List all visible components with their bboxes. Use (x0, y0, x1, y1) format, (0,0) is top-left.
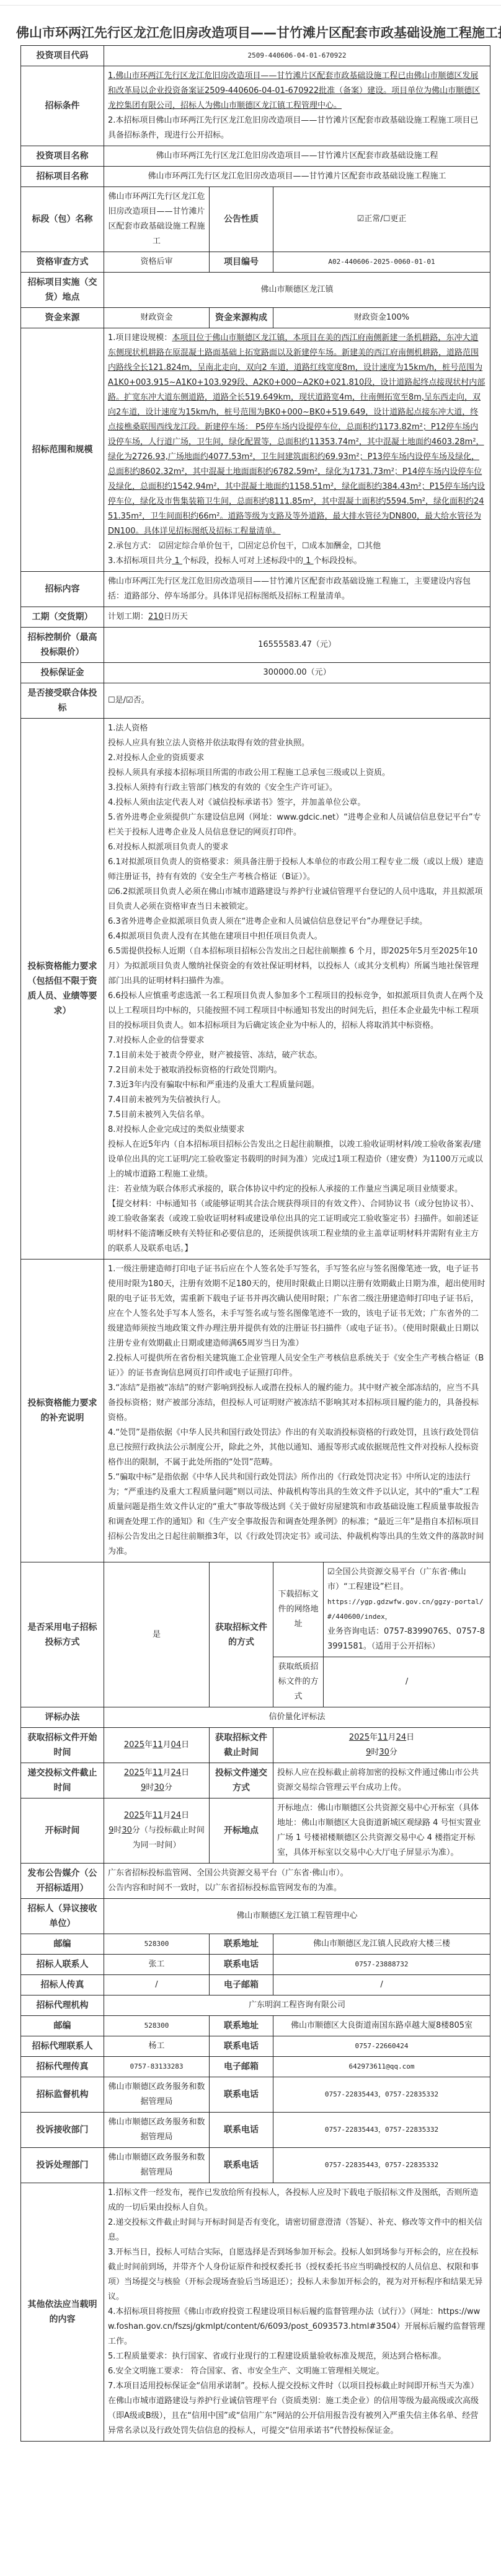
label: 投诉接收部门 (21, 2113, 104, 2148)
list-item: 1.法人资格 (108, 721, 486, 736)
value: 信价量化评标法 (104, 1707, 490, 1728)
section-bid-count: 1 (303, 556, 314, 566)
list-item: 6.安全文明施工要求： 符合国家、省、市安全生产、文明施工管理相关规定。 (108, 2364, 486, 2379)
day: 24 (171, 1811, 182, 1820)
label: 获取招标文件开始时间 (21, 1728, 104, 1763)
unit: 月 (163, 1811, 171, 1820)
section-count: 1 (172, 556, 182, 566)
value: 佛山市顺德区政务服务和数据管理局 (104, 2113, 210, 2148)
list-item: 6.4拟派项目负责人没有在其他在建项目中担任项目负责人。 (108, 929, 486, 944)
label: 获取招标文件截止时间 (210, 1728, 273, 1763)
row-conditions: 招标条件 1.佛山市环两江先行区龙江危旧房改造项目——甘竹滩片区配套市政基础设施… (21, 66, 490, 146)
unit: 年 (144, 1740, 153, 1750)
row-tenderer: 招标人（异议接收单位） 佛山市顺德区龙江镇工程管理中心 (21, 1899, 490, 1934)
label: 开标地点 (210, 1798, 273, 1864)
value: 佛山市顺德区大良街道南国东路卓越大厦8楼805室 (273, 2016, 490, 2036)
day: 24 (396, 1733, 407, 1742)
label: 项目编号 (210, 252, 273, 273)
list-item: 6.对投标人拟派项目负责人的要求 (108, 840, 486, 855)
label: 招标人（异议接收单位） (21, 1899, 104, 1934)
row-agency: 招标代理机构 广东明润工程咨询有限公司 (21, 1996, 490, 2016)
row-content: 招标内容 佛山市环两江先行区龙江危旧房改造项目——甘竹滩片区配套市政基础设施工程… (21, 572, 490, 607)
list-item: 7.2目前未处于被取消投标资格的行政处罚期内。 (108, 1063, 486, 1078)
consult-phone: 业务咨询电话：0757-83990765、0757-83991581。（适用于公… (327, 1624, 486, 1654)
download-link[interactable]: https://ygp.gdzwfw.gov.cn/ggzy-portal/#/… (327, 1595, 486, 1624)
email-link[interactable]: 642973611@qq.com (273, 2057, 490, 2077)
list-item: 4.本招标项目将按照《佛山市政府投资工程建设项目标后履约监督管理办法（试行）》（… (108, 2305, 486, 2349)
label: 邮编 (21, 2016, 104, 2036)
platform-checkbox: ☑全国公共资源交易平台（广东省·佛山市）“工程建设”栏目。 (327, 1565, 486, 1595)
value: / (104, 1975, 210, 1996)
value: 2509-440606-04-01-670922 (104, 46, 490, 66)
list-item: 1.招标文件一经发布，视作已发放给所有投标人，各投标人应及时下载电子版招标文件及… (108, 2186, 486, 2215)
row-qualification: 资格审查方式 资格后审 项目编号 A02-440606-2025-0060-01… (21, 252, 490, 273)
label: 投标资格能力要求（包括但不限于资质人员、业绩等要求） (21, 719, 104, 1260)
list-item: 7.本项目适用投标保证金“信用承诺制”。投标人提交投标文件时（以项目投标截止时间… (108, 2379, 486, 2438)
unit: 日 (406, 1733, 414, 1742)
label: 联系电话 (210, 1955, 273, 1975)
value: 0757-22835443，0757-22835332 (273, 2113, 490, 2148)
value: 佛山市顺德区政务服务和数据管理局 (104, 2148, 210, 2183)
unit: 分 (389, 1748, 397, 1757)
scale-prefix: 1.项目建设规模： (108, 333, 172, 343)
label: 标段（包）名称 (21, 187, 104, 252)
month: 11 (153, 1740, 163, 1750)
row-tenderer-zip: 邮编 528300 联系地址 佛山市顺德区龙江镇人民政府大楼三楼 (21, 1934, 490, 1955)
month: 11 (153, 1768, 163, 1777)
notice-nature-checkbox: ☑正常/☐更正 (273, 187, 490, 252)
label: 联系电话 (210, 2077, 273, 2113)
value: 佛山市环两江先行区龙江危旧房改造项目——甘竹滩片区配套市政基础设施工程施工 (104, 187, 210, 252)
list-item: 3.“冻结”是指被“冻结”的财产影响到投标人或潜在投标人的履约能力。其中财产被全… (108, 1381, 486, 1426)
label: 招标范围和规模 (21, 328, 104, 572)
row-supplement: 投标资格能力要求的补充说明 1.一级注册建造师打印电子证书后应在个人签名处手写签… (21, 1260, 490, 1562)
deposit-amount: 300000.00（元） (104, 663, 490, 683)
unit: 日 (181, 1768, 189, 1777)
row-opening: 开标时间 2025年11月24日9时30分（与投标截止时间为同一时间） 开标地点… (21, 1798, 490, 1864)
label: 招标代理联系人 (21, 2036, 104, 2057)
unit: 时 (146, 1783, 154, 1792)
label: 是否接受联合体投标 (21, 683, 104, 719)
unit: 年 (144, 1768, 153, 1777)
label: 是否采用电子招标投标方式 (21, 1562, 104, 1707)
value: 佛山市环两江先行区龙江危旧房改造项目——甘竹滩片区配套市政基础设施工程施工 (104, 167, 490, 187)
label: 公告性质 (210, 187, 273, 252)
label: 招标人联系人 (21, 1955, 104, 1975)
text: 日历天 (164, 612, 188, 621)
label: 联系地址 (210, 2016, 273, 2036)
row-complaint-process: 投诉处理部门 佛山市顺德区政务服务和数据管理局 联系电话 0757-228354… (21, 2148, 490, 2183)
row-other: 其他依法应当载明的内容 1.招标文件一经发布，视作已发放给所有投标人，各投标人应… (21, 2183, 490, 2442)
year: 2025 (124, 1740, 144, 1750)
control-price: 16555583.47（元） (104, 628, 490, 663)
unit: 时 (371, 1748, 379, 1757)
value: 528300 (104, 2016, 210, 2036)
row-evaluation: 评标办法 信价量化评标法 (21, 1707, 490, 1728)
label: 投资项目代码 (21, 46, 104, 66)
note: （与投标截止时间为同一时间） (132, 1826, 204, 1850)
project-code: A02-440606-2025-0060-01-01 (273, 252, 490, 273)
list-item: 5.省外进粤企业须提供广东建设信息网（网址：www.gdcic.net）“进粤企… (108, 810, 486, 840)
label: 招标条件 (21, 66, 104, 146)
label: 电子邮箱 (210, 2057, 273, 2077)
row-duration: 工期（交货期） 计划工期：210日历天 (21, 607, 490, 628)
supplement-list: 1.一级注册建造师打印电子证书后应在个人签名处手写签名，手写签名应与签名图像笔迹… (104, 1260, 490, 1562)
label: 招标代理传真 (21, 2057, 104, 2077)
row-investment-name: 投资项目名称 佛山市环两江先行区龙江危旧房改造项目——甘竹滩片区配套市政基础设施… (21, 146, 490, 167)
value: 财政资金100% (273, 308, 490, 328)
text: 广东省招标投标监管网、全国公共资源交易平台（广东省·佛山市）。 (108, 1866, 486, 1881)
unit: 月 (163, 1768, 171, 1777)
list-item: 4.“处罚”是指依据《中华人民共和国行政处罚法》作出的有关取消投标资格的行政处罚… (108, 1426, 486, 1470)
row-doc-period: 获取招标文件开始时间 2025年11月04日 获取招标文件截止时间 2025年1… (21, 1728, 490, 1763)
label: 下载招标文件的网络地址 (273, 1562, 324, 1657)
unit: 月 (163, 1740, 171, 1750)
list-item: 3.投标人须持有行政主管部门核发的有效的《安全生产许可证》。 (108, 781, 486, 795)
label: 评标办法 (21, 1707, 104, 1728)
row-location: 招标项目实施（交货）地点 佛山市顺德区龙江镇 (21, 273, 490, 308)
list-item: 2.投标人可提供所在省份相关建筑施工企业管理人员安全生产考核信息系统关于《安全生… (108, 1351, 486, 1381)
list-item: 6.5需提供投标人近期（自本招标项目招标公告发出之日起往前顺推 6 个月，即20… (108, 944, 486, 989)
label: 其他依法应当载明的内容 (21, 2183, 104, 2442)
value: / (324, 1657, 490, 1707)
year: 2025 (124, 1811, 144, 1820)
row-submit: 递交投标文件截止时间 2025年11月24日9时30分 投标文件递交方式 投标人… (21, 1763, 490, 1798)
requirements-list: 1.法人资格投标人应具有独立法人资格并依法取得有效的营业执照。2.对投标人企业的… (104, 719, 490, 1260)
label: 联系电话 (210, 2036, 273, 2057)
value: 资格后审 (104, 252, 210, 273)
list-item: 5.工程质量要求：执行国家、省或行业现行的工程建设质量验收标准及规范，须达到合格… (108, 2349, 486, 2364)
value: 0757-23888732 (273, 1955, 490, 1975)
text: 公告内容和时间不一致时，以广东省招标投标监管网发布的为准。 (108, 1881, 486, 1896)
list-item: 投标人在近5年内（自本招标项目招标公告发出之日起往前顺推，以竣工验收证明材料/竣… (108, 1137, 486, 1182)
minute: 30 (379, 1748, 389, 1757)
unit: 月 (388, 1733, 396, 1742)
bottom-spacer (0, 2442, 501, 2460)
row-media: 发布公告媒介（公开招标适用） 广东省招标投标监管网、全国公共资源交易平台（广东省… (21, 1864, 490, 1899)
label: 资金来源构成 (210, 308, 273, 328)
row-tenderer-fax: 招标人传真 / 电子邮箱 / (21, 1975, 490, 1996)
list-item: 8.对投标人企业完成过的类似业绩要求 (108, 1123, 486, 1137)
row-scope: 招标范围和规模 1.项目建设规模：本项目位于佛山市顺德区龙江镇，本项目在美的西江… (21, 328, 490, 572)
label: 投标文件递交方式 (210, 1763, 273, 1798)
list-item: 7.3近3年内没有骗取中标和严重违约及重大工程质量问题。 (108, 1078, 486, 1093)
unit: 分 (164, 1783, 172, 1792)
text: 个标段投标。 (314, 556, 362, 566)
list-item: 6.3省外进粤企业拟派项目负责人须在“进粤企业和人员诚信信息登记平台”办理登记手… (108, 914, 486, 929)
unit: 日 (181, 1740, 189, 1750)
label: 工期（交货期） (21, 607, 104, 628)
row-control-price: 招标控制价（最高投标限价） 16555583.47（元） (21, 628, 490, 663)
value: 投标人应在投标截止前将加密的投标文件通过佛山市公共资源交易综合管理云平台成功上传… (273, 1763, 490, 1798)
notice-table: 投资项目代码 2509-440606-04-01-670922 招标条件 1.佛… (20, 45, 490, 2442)
day: 04 (171, 1740, 182, 1750)
row-deposit: 投标保证金 300000.00（元） (21, 663, 490, 683)
row-tender-name: 招标项目名称 佛山市环两江先行区龙江危旧房改造项目——甘竹滩片区配套市政基础设施… (21, 167, 490, 187)
value: 佛山市顺德区龙江镇工程管理中心 (104, 1899, 490, 1934)
list-item: 6.1对拟派项目负责人的资格要求：须具备注册于投标人本单位的市政公用工程专业二级… (108, 855, 486, 885)
list-item: 4.投标人须由法定代表人对《诚信投标承诺书》签字，并加盖单位公章。 (108, 795, 486, 810)
value: 开标地点：佛山市顺德区公共资源交易中心开标室（具体地址：佛山市顺德区大良街道新城… (273, 1798, 490, 1864)
row-consortium: 是否接受联合体投标 ☐是/☑否。 (21, 683, 490, 719)
value: 佛山市顺德区龙江镇 (104, 273, 490, 308)
list-item: 2.递交投标文件截止时间与开标时间是否有变化，请密切留意澄清（答疑）、补充、修改… (108, 2215, 486, 2245)
label: 招标项目实施（交货）地点 (21, 273, 104, 308)
row-section: 标段（包）名称 佛山市环两江先行区龙江危旧房改造项目——甘竹滩片区配套市政基础设… (21, 187, 490, 252)
row-agency-contact: 招标代理联系人 杨工 联系电话 0757-22660424 (21, 2036, 490, 2057)
value: 0757-83133283 (104, 2057, 210, 2077)
row-investment-code: 投资项目代码 2509-440606-04-01-670922 (21, 46, 490, 66)
label: 招标人传真 (21, 1975, 104, 1996)
list-item: 7.1目前未处于被责令停业，财产被接管、冻结，破产状态。 (108, 1048, 486, 1063)
value: 张工 (104, 1955, 210, 1975)
year: 2025 (124, 1768, 144, 1777)
label: 资格审查方式 (21, 252, 104, 273)
list-item: 投标人应具有独立法人资格并依法取得有效的营业执照。 (108, 736, 486, 751)
contract-mode: 2.承包方式： ☑固定综合单价包干，☐固定总价包干，☐成本加酬金，☐其他 (108, 539, 486, 554)
condition-1: 1.佛山市环两江先行区龙江危旧房改造项目——甘竹滩片区配套市政基础设施工程已由佛… (108, 69, 486, 113)
label: 联系电话 (210, 2148, 273, 2183)
value: 0757-22835443，0757-22835332 (273, 2077, 490, 2113)
label: 开标时间 (21, 1798, 104, 1864)
value: 杨工 (104, 2036, 210, 2057)
label: 投诉处理部门 (21, 2148, 104, 2183)
label: 投资项目名称 (21, 146, 104, 167)
label: 招标控制价（最高投标限价） (21, 628, 104, 663)
text: 3.本招标项目共分 (108, 556, 172, 566)
other-list: 1.招标文件一经发布，视作已发放给所有投标人，各投标人应及时下载电子版招标文件及… (104, 2183, 490, 2442)
minute: 30 (154, 1783, 164, 1792)
label: 投标资格能力要求的补充说明 (21, 1260, 104, 1562)
label: 资金来源 (21, 308, 104, 328)
label: 招标监督机构 (21, 2077, 104, 2113)
label: 获取纸质招标文件的方式 (273, 1657, 324, 1707)
value: 佛山市顺德区政务服务和数据管理局 (104, 2077, 210, 2113)
label: 邮编 (21, 1934, 104, 1955)
value: 广东明润工程咨询有限公司 (104, 1996, 490, 2016)
label: 联系电话 (210, 2113, 273, 2148)
list-item: 2.对投标人企业的资质要求 (108, 751, 486, 766)
condition-2: 2.本招标项目佛山市环两江先行区龙江危旧房改造项目——甘竹滩片区配套市政基础设施… (108, 113, 486, 143)
label: 招标内容 (21, 572, 104, 607)
list-item: 1.一级注册建造师打印电子证书后应在个人签名处手写签名，手写签名应与签名图像笔迹… (108, 1262, 486, 1351)
value: 佛山市顺德区龙江镇人民政府大楼三楼 (273, 1934, 490, 1955)
list-item: 7.5目前未被列入失信名单。 (108, 1108, 486, 1123)
duration-days: 210 (148, 612, 164, 621)
list-item: 7.4目前未被列为失信被执行人。 (108, 1093, 486, 1108)
scale-text: 本项目位于佛山市顺德区龙江镇，本项目在美的西江府南侧新建一条机耕路，东冲大道东侧… (108, 333, 485, 536)
list-item: 注：若业绩为联合体形式承接的，联合体协议中约定的投标人承接的工作量应当满足项目业… (108, 1182, 486, 1197)
list-item: 3.开标当日，投标人可结合实际，自愿选择是否到场参加开标会。投标人如到场参与开标… (108, 2245, 486, 2305)
value: / (273, 1975, 490, 1996)
unit: 日 (181, 1811, 189, 1820)
label: 获取招标文件的方式 (210, 1562, 273, 1707)
label: 递交投标文件截止时间 (21, 1763, 104, 1798)
row-supervision: 招标监督机构 佛山市顺德区政务服务和数据管理局 联系电话 0757-228354… (21, 2077, 490, 2113)
list-item: 5.“骗取中标”是指依据《中华人民共和国行政处罚法》所作出的《行政处罚决定书》中… (108, 1470, 486, 1559)
consortium-checkbox: ☐是/☑否。 (104, 683, 490, 719)
row-requirements: 投标资格能力要求（包括但不限于资质人员、业绩等要求） 1.法人资格投标人应具有独… (21, 719, 490, 1260)
label: 投标保证金 (21, 663, 104, 683)
top-divider (0, 0, 501, 6)
value: 财政资金 (104, 308, 210, 328)
label: 发布公告媒介（公开招标适用） (21, 1864, 104, 1899)
label: 招标代理机构 (21, 1996, 104, 2016)
label: 招标项目名称 (21, 167, 104, 187)
list-item: 6.6投标人应慎重考虑选派一名工程项目负责人参加多个工程项目的投标竞争，如拟派项… (108, 989, 486, 1033)
unit: 分 (132, 1826, 140, 1835)
page-title: 佛山市环两江先行区龙江危旧房改造项目——甘竹滩片区配套市政基础设施工程施工招标公… (0, 20, 501, 45)
row-funding: 资金来源 财政资金 资金来源构成 财政资金100% (21, 308, 490, 328)
list-item: 投标人须具有承接本招标项目所需的市政公用工程施工总承包三级或以上资质。 (108, 766, 486, 781)
row-tenderer-contact: 招标人联系人 张工 联系电话 0757-23888732 (21, 1955, 490, 1975)
row-agency-zip: 邮编 528300 联系地址 佛山市顺德区大良街道南国东路卓越大厦8楼805室 (21, 2016, 490, 2036)
month: 11 (378, 1733, 388, 1742)
minute: 30 (122, 1826, 132, 1835)
text: 个标段，投标人可对上述标段中的 (182, 556, 303, 566)
unit: 年 (370, 1733, 378, 1742)
row-electronic: 是否采用电子招标投标方式 是 获取招标文件的方式 下载招标文件的网络地址 ☑全国… (21, 1562, 490, 1657)
value: 佛山市环两江先行区龙江危旧房改造项目——甘竹滩片区配套市政基础设施工程 (104, 146, 490, 167)
row-complaint-receive: 投诉接收部门 佛山市顺德区政务服务和数据管理局 联系电话 0757-228354… (21, 2113, 490, 2148)
value: 0757-22660424 (273, 2036, 490, 2057)
label: 电子邮箱 (210, 1975, 273, 1996)
value: 是 (104, 1562, 210, 1707)
day: 24 (171, 1768, 182, 1777)
list-item: ☑6.2拟派项目负责人必须在佛山市城市道路建设与养护行业诚信管理平台登记的人员中… (108, 885, 486, 914)
value: 佛山市环两江先行区龙江危旧房改造项目——甘竹滩片区配套市政基础设施工程施工，主要… (104, 572, 490, 607)
list-item: 7.对投标人企业的信誉要求 (108, 1033, 486, 1048)
unit: 时 (113, 1826, 122, 1835)
text: 计划工期： (108, 612, 148, 621)
label: 联系地址 (210, 1934, 273, 1955)
list-item: 【提交材料：中标通知书（或能够证明其合法合规获得项目的有效文件）、合同协议书（或… (108, 1197, 486, 1256)
value: 0757-22835443，0757-22835332 (273, 2148, 490, 2183)
unit: 年 (144, 1811, 153, 1820)
year: 2025 (349, 1733, 370, 1742)
row-agency-fax: 招标代理传真 0757-83133283 电子邮箱 642973611@qq.c… (21, 2057, 490, 2077)
month: 11 (153, 1811, 163, 1820)
value: 528300 (104, 1934, 210, 1955)
